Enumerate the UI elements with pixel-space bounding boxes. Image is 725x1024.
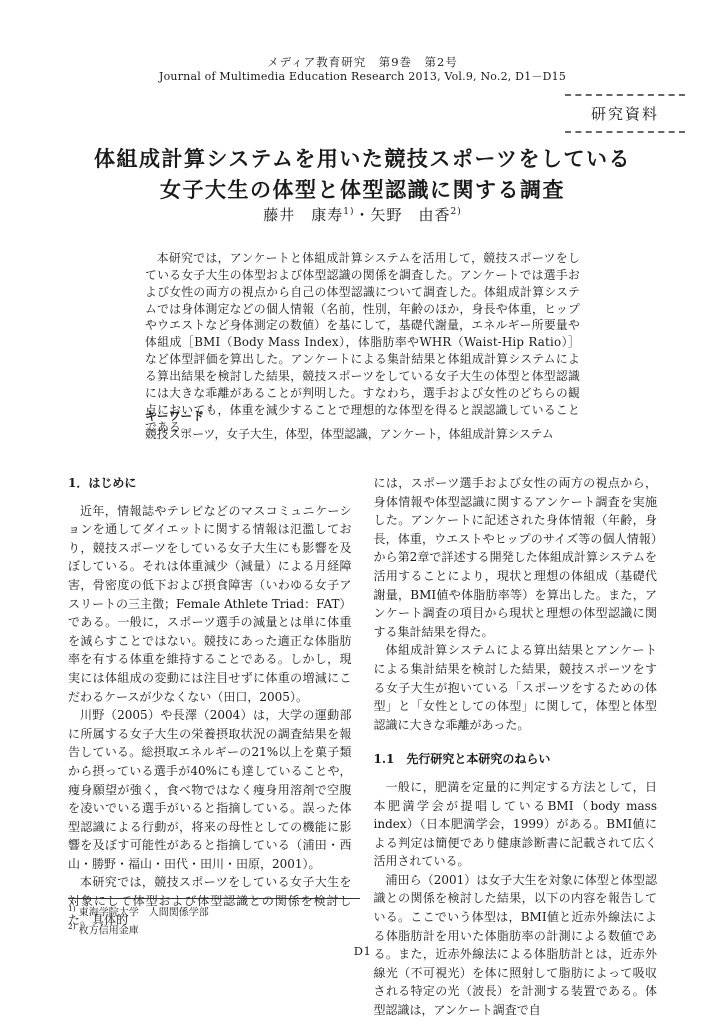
right-column: には，スポーツ選手および女性の両方の視点から，身体情報や体型認識に関するアンケー…: [374, 474, 658, 1020]
footnote-affiliation-1: 1)東海学院大学 人間関係学部: [68, 903, 360, 921]
right-paragraph-3: 一般に，肥満を定量的に判定する方法として，日本肥満学会が提唱しているBMI（bo…: [374, 778, 658, 871]
footnote-affiliation-2: 2)枚方信用金庫: [68, 921, 360, 939]
journal-title-english: Journal of Multimedia Education Research…: [0, 70, 725, 84]
author-1-name: 藤井 康寿: [263, 206, 343, 224]
paper-title-line1: 体組成計算システムを用いた競技スポーツをしている: [94, 146, 631, 171]
authors-line: 藤井 康寿1)・矢野 由香2): [0, 204, 725, 225]
section-1-heading: 1．はじめに: [68, 474, 352, 493]
author-separator: ・: [354, 206, 370, 224]
keywords-text: 競技スポーツ，女子大生，体型，体型認識，アンケート，体組成計算システム: [145, 425, 580, 443]
right-paragraph-2: 体組成計算システムによる算出結果とアンケートによる集計結果を検討した結果，競技ス…: [374, 641, 658, 734]
keywords-heading: キーワード: [145, 407, 580, 425]
paper-page: メディア教育研究 第9巻 第2号 Journal of Multimedia E…: [0, 0, 725, 1024]
paper-title-line2: 女子大生の体型と体型認識に関する調査: [160, 177, 565, 202]
footnote-2-marker: 2): [68, 922, 76, 931]
journal-title-japanese: メディア教育研究 第9巻 第2号: [0, 55, 725, 70]
page-number: D1: [0, 944, 725, 958]
left-paragraph-2: 川野（2005）や長澤（2004）は，大学の運動部に所属する女子大生の栄養摂取状…: [68, 706, 352, 873]
author-1-affiliation-marker: 1): [343, 207, 354, 217]
footnote-1-marker: 1): [68, 904, 76, 913]
section-1-1-heading: 1.1 先行研究と本研究のねらい: [374, 750, 658, 769]
author-2-name: 矢野 由香: [371, 206, 451, 224]
footnote-2-text: 枚方信用金庫: [79, 925, 139, 936]
footnote-1-text: 東海学院大学 人間関係学部: [79, 907, 209, 918]
right-paragraph-1: には，スポーツ選手および女性の両方の視点から，身体情報や体型認識に関するアンケー…: [374, 474, 658, 641]
author-2-affiliation-marker: 2): [451, 207, 462, 217]
left-paragraph-1: 近年，情報誌やテレビなどのマスコミュニケーションを通してダイエットに関する情報は…: [68, 502, 352, 707]
article-type-badge: 研究資料: [565, 94, 685, 133]
footnotes-block: 1)東海学院大学 人間関係学部 2)枚方信用金庫: [68, 898, 360, 939]
keywords-block: キーワード 競技スポーツ，女子大生，体型，体型認識，アンケート，体組成計算システ…: [145, 407, 580, 444]
paper-title: 体組成計算システムを用いた競技スポーツをしている 女子大生の体型と体型認識に関す…: [0, 143, 725, 205]
journal-header: メディア教育研究 第9巻 第2号 Journal of Multimedia E…: [0, 55, 725, 84]
